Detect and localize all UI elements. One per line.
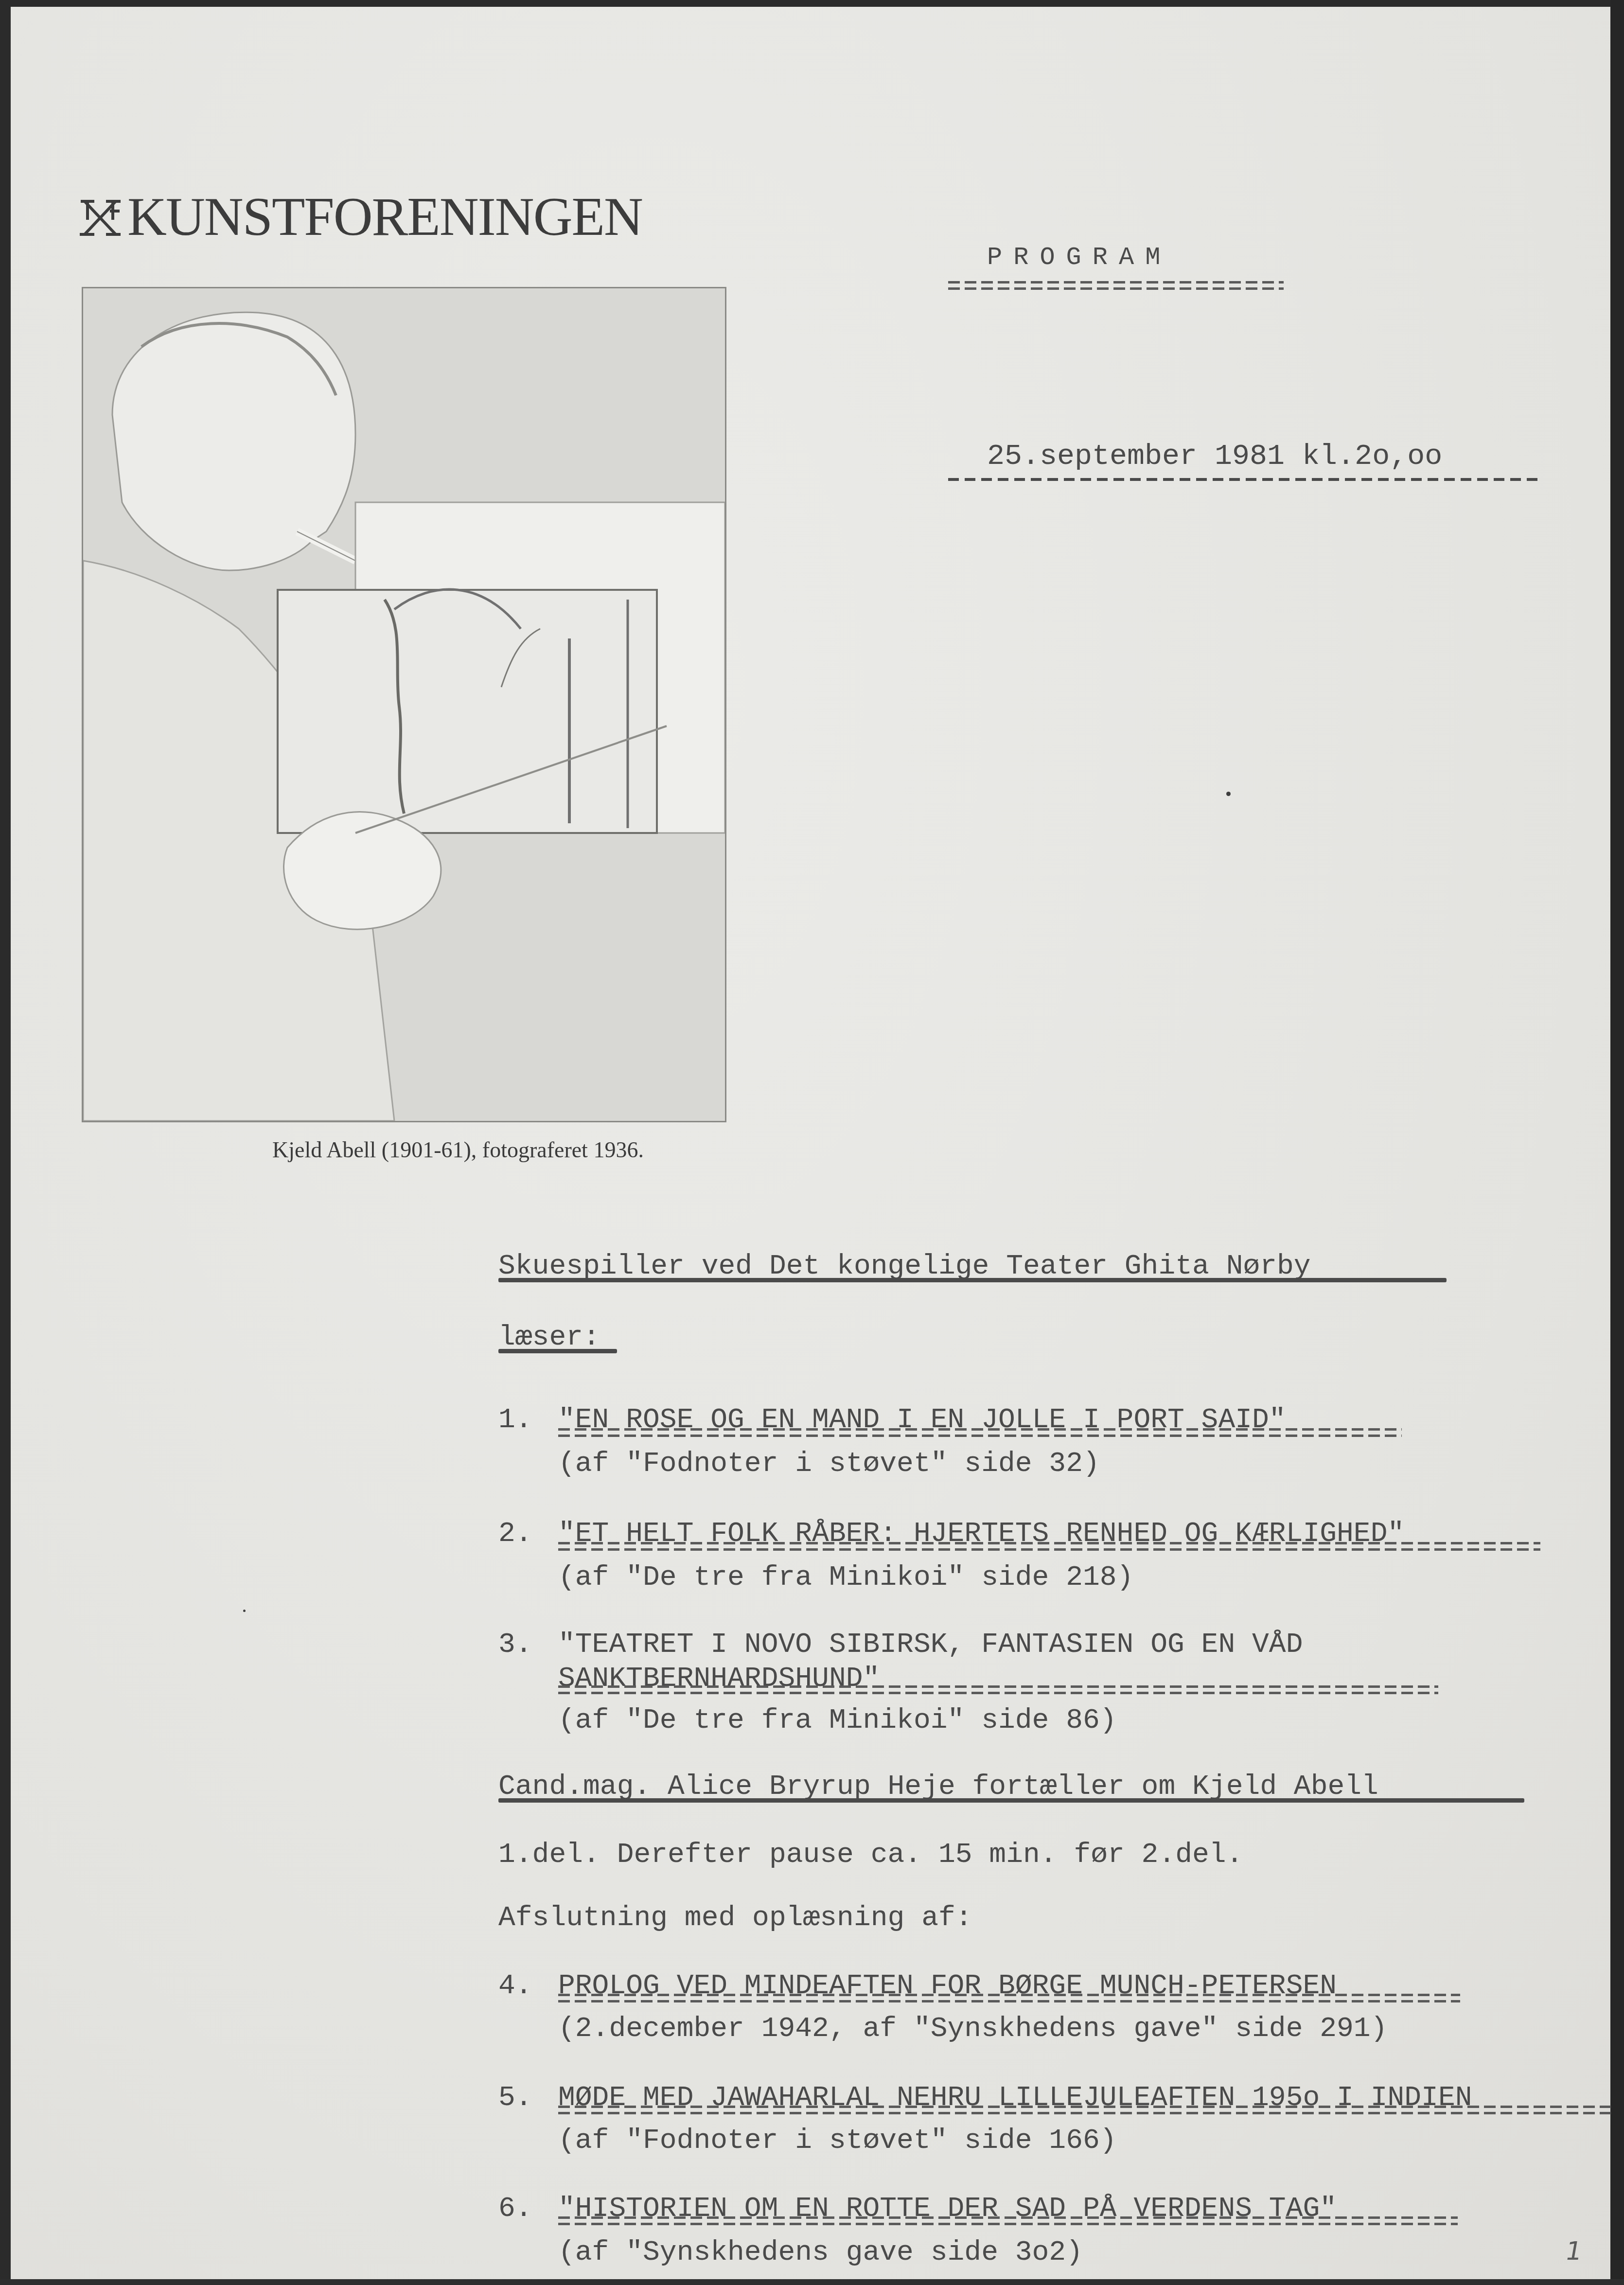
portrait-photo [82,287,726,1122]
underline [498,1798,1524,1803]
intermission-line: 1.del. Derefter pause ca. 15 min. før 2.… [498,1839,1243,1871]
double-underline [558,1428,1402,1439]
underline [498,1349,617,1353]
scanner-border [1610,0,1624,2285]
masthead: KUNSTFORENINGEN [78,190,642,244]
scanner-border [0,2279,1624,2285]
double-underline [558,1542,1540,1553]
double-underline [558,2106,1611,2116]
double-underline [558,2216,1458,2227]
reading-number: 6. [498,2193,532,2225]
kf-monogram-icon [78,195,123,239]
closing-label: Afslutning med oplæsning af: [498,1902,972,1934]
dashed-underline [948,478,1541,481]
organization-name: KUNSTFORENINGEN [127,190,642,244]
photo-caption: Kjeld Abell (1901-61), fotograferet 1936… [272,1137,644,1163]
paper-speck [1226,792,1231,796]
double-underline [948,281,1284,292]
paper-speck [243,1610,246,1612]
underline [498,1278,1447,1282]
reading-source: (af "Fodnoter i støvet" side 166) [558,2125,1117,2157]
double-underline [558,1685,1438,1696]
program-title: PROGRAM [987,243,1171,272]
event-date: 25.september 1981 kl.2o,oo [987,440,1442,473]
reading-source: (af "Synskhedens gave side 3o2) [558,2237,1083,2268]
reading-source: (af "Fodnoter i støvet" side 32) [558,1448,1100,1480]
reading-number: 2. [498,1518,532,1550]
reading-number: 5. [498,2082,532,2114]
reading-number: 1. [498,1404,532,1436]
reading-number: 3. [498,1629,532,1661]
reading-source: (2.december 1942, af "Synskhedens gave" … [558,2013,1387,2045]
double-underline [558,1994,1460,2004]
reading-number: 4. [498,1970,532,2002]
reading-title: "TEATRET I NOVO SIBIRSK, FANTASIEN OG EN… [558,1629,1303,1661]
reading-source: (af "De tre fra Minikoi" side 86) [558,1705,1117,1736]
reading-source: (af "De tre fra Minikoi" side 218) [558,1562,1133,1594]
